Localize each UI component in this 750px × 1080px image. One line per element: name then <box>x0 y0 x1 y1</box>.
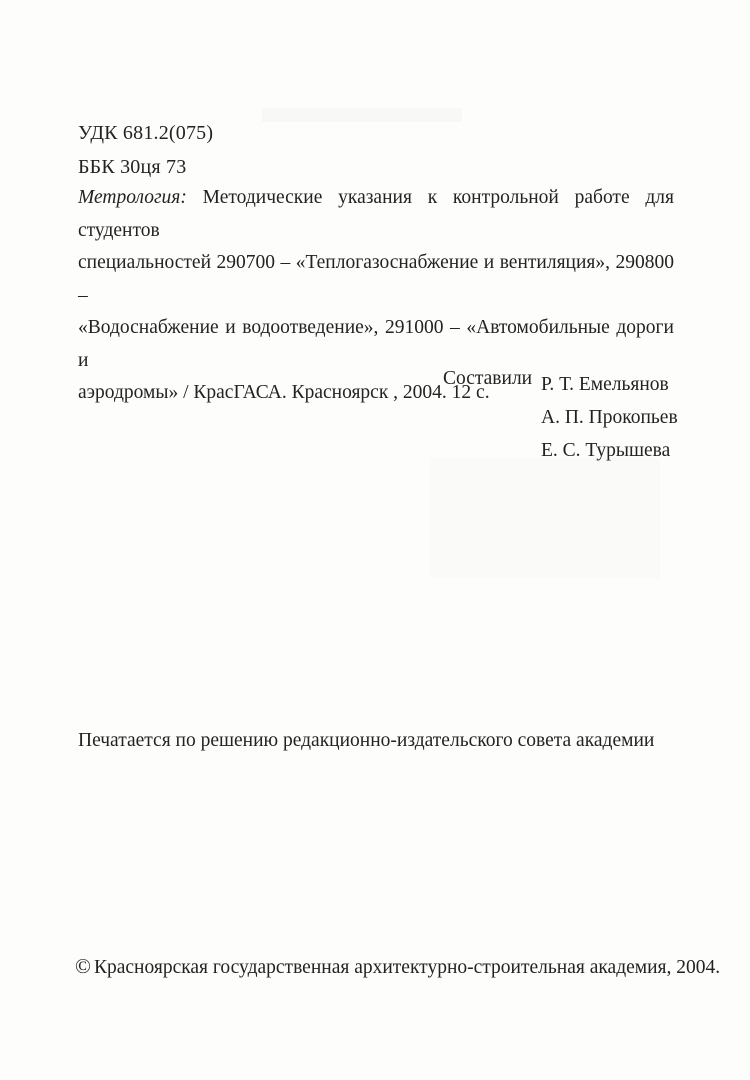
print-approval-note: Печатается по решению редакционно-издате… <box>78 730 654 752</box>
compilers-label: Составили <box>443 368 532 390</box>
compiler-name-3: Е. С. Турышева <box>541 434 678 467</box>
udk-code: УДК 681.2(075) <box>78 122 213 145</box>
document-page: УДК 681.2(075) ББК 30ця 73 Метрология: М… <box>0 0 750 1080</box>
annotation-line-2: специальностей 290700 – «Теплогазоснабже… <box>78 247 674 312</box>
copyright-line: ©Красноярская государственная архитектур… <box>75 954 720 979</box>
copyright-icon: © <box>75 954 91 978</box>
bbk-code: ББК 30ця 73 <box>78 156 186 179</box>
annotation-title-italic: Метрология: <box>78 187 187 208</box>
compiler-name-2: А. П. Прокопьев <box>541 401 678 434</box>
scan-artifact <box>262 108 462 122</box>
copyright-text: Красноярская государственная архитектурн… <box>94 957 720 978</box>
scan-artifact <box>430 458 660 578</box>
annotation-line-1: Метрология: Методические указания к конт… <box>78 182 674 247</box>
compiler-name-1: Р. Т. Емельянов <box>541 368 678 401</box>
compilers-names-list: Р. Т. Емельянов А. П. Прокопьев Е. С. Ту… <box>541 368 678 467</box>
